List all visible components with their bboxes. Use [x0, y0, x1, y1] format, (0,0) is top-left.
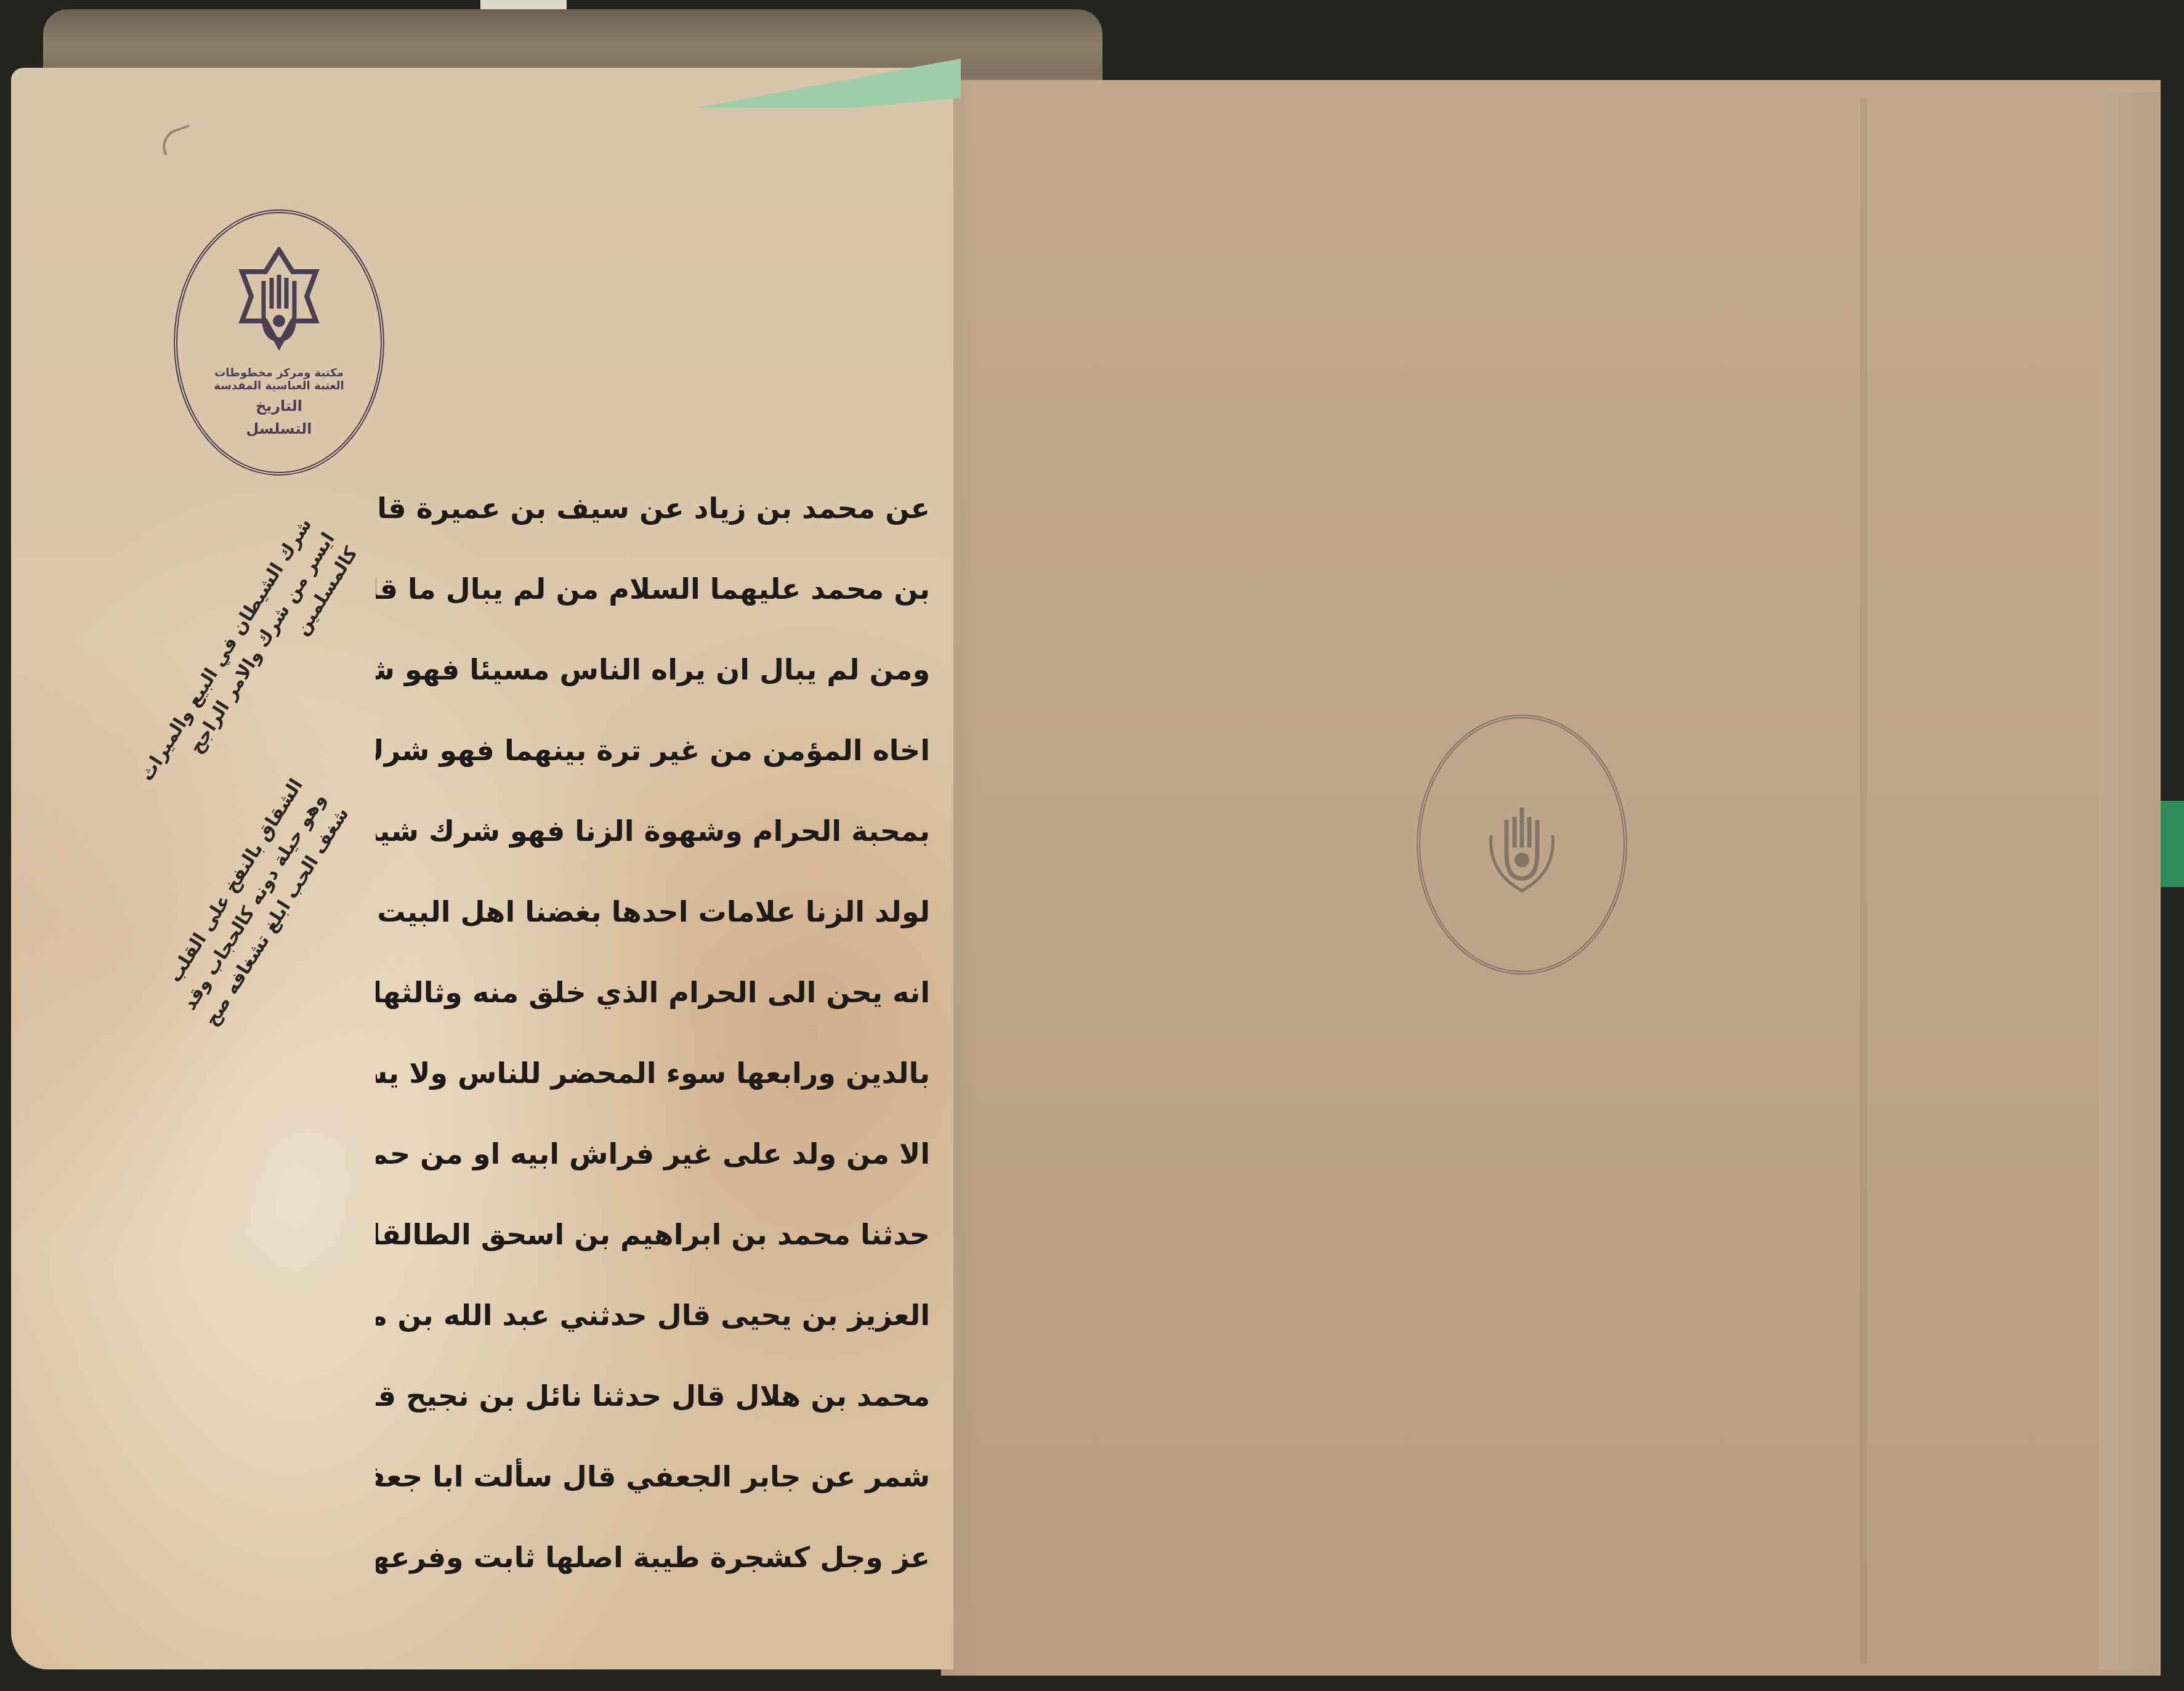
stamp-ring-text: مكتبة ومركز مخطوطات العتبة العباسية المق… — [199, 367, 359, 392]
right-page-edge — [2099, 92, 2161, 1669]
hand-of-fatima-emblem-icon — [1479, 786, 1565, 903]
text-line: عز وجل كشجرة طيبة اصلها ثابت وفرعها في ا… — [376, 1517, 930, 1598]
text-line: محمد بن هلال قال حدثنا نائل بن نجيح قال … — [376, 1356, 930, 1437]
text-line: انه يحن الى الحرام الذي خلق منه وثالثها … — [376, 952, 930, 1033]
text-line: شمر عن جابر الجعفي قال سألت ابا جعفر ع ع… — [376, 1437, 930, 1517]
text-line: العزيز بن يحيى قال حدثني عبد الله بن محم… — [376, 1275, 930, 1356]
text-line: الا من ولد على غير فراش ابيه او من حملت … — [376, 1114, 930, 1194]
stamp-serial-label: التسلسل — [246, 420, 312, 438]
text-line: بالدين ورابعها سوء المحضر للناس ولا يسيء… — [376, 1033, 930, 1114]
text-line: بمحبة الحرام وشهوة الزنا فهو شرك شيطان ث… — [376, 791, 930, 872]
text-line: اخاه المؤمن من غير ترة بينهما فهو شرك شي… — [376, 710, 930, 791]
hand-of-fatima-emblem-icon — [236, 247, 322, 364]
text-line-content: حدثنا محمد بن ابراهيم بن اسحق الطالقاني … — [376, 1218, 930, 1251]
stamp-date-label: التاريخ — [256, 397, 302, 415]
text-line: عن محمد بن زياد عن سيف بن عميرة قال قال … — [376, 468, 930, 549]
text-line: ومن لم يبال ان يراه الناس مسيئا فهو شرك … — [376, 630, 930, 710]
right-page-fold-line — [1860, 99, 1867, 1663]
text-line: بن محمد عليهما السلام من لم يبال ما قال … — [376, 549, 930, 630]
text-line-rubricated: حدثنا محمد بن ابراهيم بن اسحق الطالقاني … — [376, 1194, 930, 1275]
library-stamp-left: مكتبة ومركز مخطوطات العتبة العباسية المق… — [174, 209, 384, 476]
text-line: لولد الزنا علامات احدها بغضنا اهل البيت … — [376, 872, 930, 952]
manuscript-main-text: عن محمد بن زياد عن سيف بن عميرة قال قال … — [376, 468, 930, 1598]
library-stamp-right — [1417, 715, 1627, 975]
